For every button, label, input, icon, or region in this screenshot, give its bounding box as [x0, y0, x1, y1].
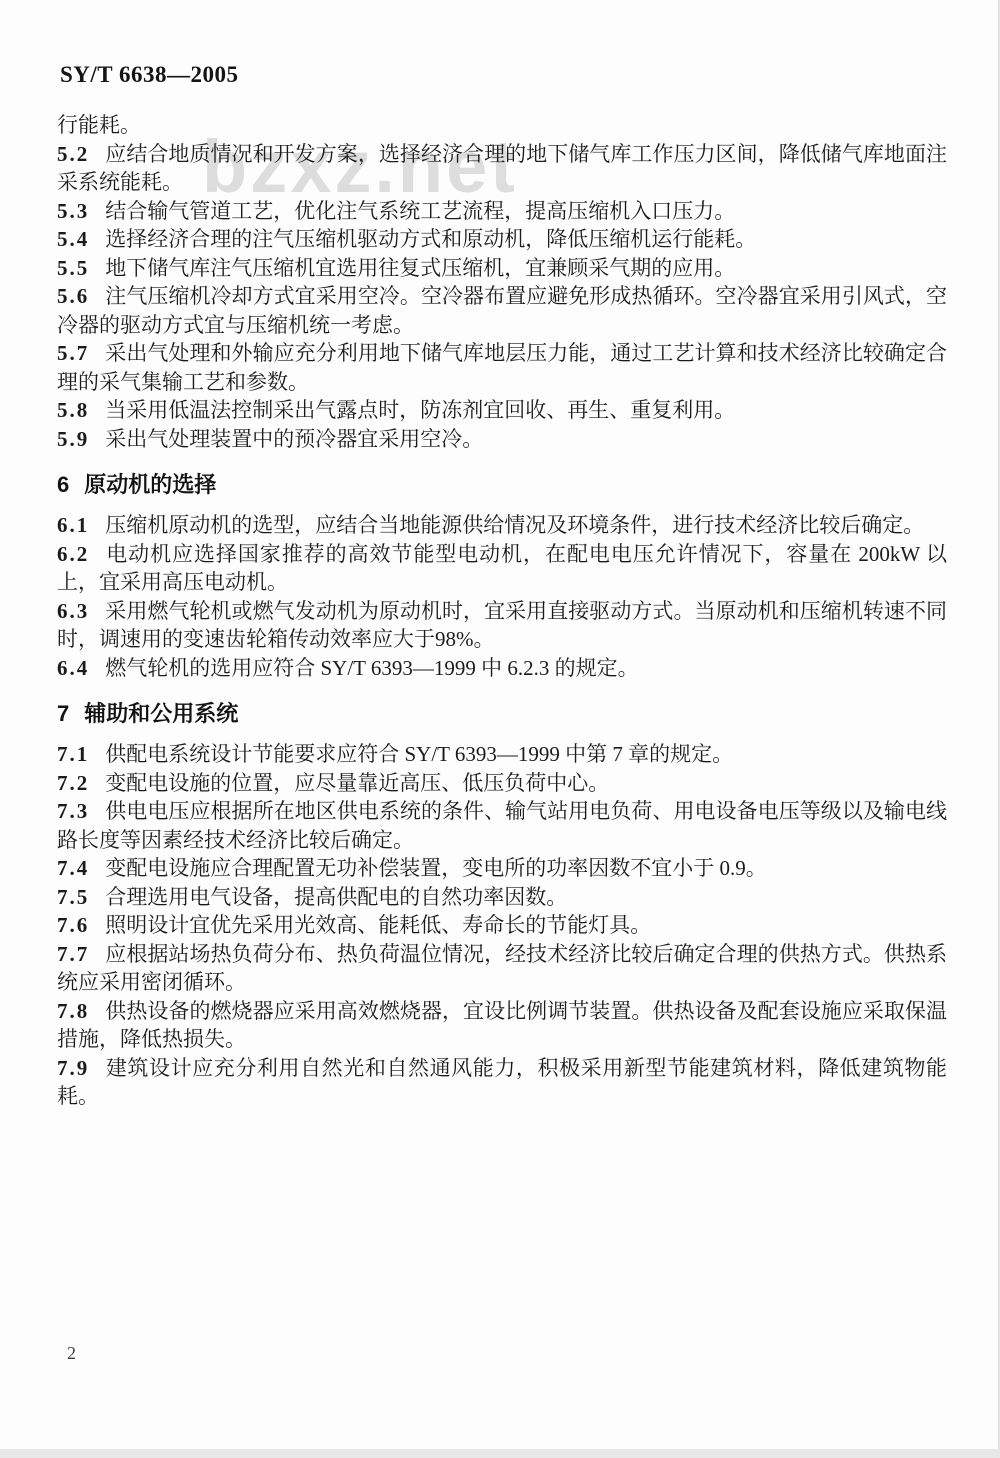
clause-text: 压缩机原动机的选型，应结合当地能源供给情况及环境条件，进行技术经济比较后确定。	[105, 513, 924, 537]
clause-text: 供配电系统设计节能要求应符合 SY/T 6393—1999 中第 7 章的规定。	[105, 742, 733, 766]
clause-number: 7.6	[57, 913, 89, 937]
page-number: 2	[67, 1343, 76, 1364]
clause-number: 5.7	[57, 341, 89, 365]
clause-number: 5.4	[57, 227, 89, 251]
clause-text: 当采用低温法控制采出气露点时，防冻剂宜回收、再生、重复利用。	[105, 398, 735, 422]
clause-text: 供电电压应根据所在地区供电系统的条件、输气站用电负荷、用电设备电压等级以及输电线…	[57, 799, 947, 852]
clause-number: 5.9	[57, 427, 89, 451]
standard-number-header: SY/T 6638—2005	[60, 62, 238, 88]
scan-edge-bottom	[0, 1449, 1000, 1458]
clause-paragraph: 5.6注气压缩机冷却方式宜采用空冷。空冷器布置应避免形成热循环。空冷器宜采用引风…	[57, 282, 947, 339]
clause-paragraph: 行能耗。	[57, 111, 947, 140]
clause-text: 变配电设施应合理配置无功补偿装置，变电所的功率因数不宜小于 0.9。	[105, 856, 767, 880]
clause-paragraph: 5.9采出气处理装置中的预冷器宜采用空冷。	[57, 425, 947, 454]
clause-number: 6.1	[57, 513, 89, 537]
clause-number: 6.4	[57, 656, 89, 680]
clause-number: 7.2	[57, 771, 89, 795]
clause-text: 选择经济合理的注气压缩机驱动方式和原动机，降低压缩机运行能耗。	[105, 227, 756, 251]
clause-paragraph: 5.3结合输气管道工艺，优化注气系统工艺流程，提高压缩机入口压力。	[57, 197, 947, 226]
clause-paragraph: 7.5合理选用电气设备，提高供配电的自然功率因数。	[57, 883, 947, 912]
clause-number: 5.6	[57, 284, 89, 308]
clause-paragraph: 7.4变配电设施应合理配置无功补偿装置，变电所的功率因数不宜小于 0.9。	[57, 854, 947, 883]
clause-text: 采出气处理和外输应充分利用地下储气库地层压力能，通过工艺计算和技术经济比较确定合…	[57, 341, 947, 394]
clause-text: 电动机应选择国家推荐的高效节能型电动机，在配电电压允许情况下，容量在 200kW…	[57, 542, 947, 595]
clause-paragraph: 7.6照明设计宜优先采用光效高、能耗低、寿命长的节能灯具。	[57, 911, 947, 940]
clause-text: 采出气处理装置中的预冷器宜采用空冷。	[105, 427, 483, 451]
section-heading: 7辅助和公用系统	[57, 699, 947, 728]
document-body: 行能耗。5.2应结合地质情况和开发方案，选择经济合理的地下储气库工作压力区间，降…	[57, 111, 947, 1111]
clause-paragraph: 7.1供配电系统设计节能要求应符合 SY/T 6393—1999 中第 7 章的…	[57, 740, 947, 769]
clause-text: 结合输气管道工艺，优化注气系统工艺流程，提高压缩机入口压力。	[105, 199, 735, 223]
clause-paragraph: 5.8当采用低温法控制采出气露点时，防冻剂宜回收、再生、重复利用。	[57, 396, 947, 425]
clause-paragraph: 7.9建筑设计应充分利用自然光和自然通风能力，积极采用新型节能建筑材料，降低建筑…	[57, 1054, 947, 1111]
clause-paragraph: 5.2应结合地质情况和开发方案，选择经济合理的地下储气库工作压力区间，降低储气库…	[57, 140, 947, 197]
clause-text: 供热设备的燃烧器应采用高效燃烧器，宜设比例调节装置。供热设备及配套设施应采取保温…	[57, 999, 947, 1052]
clause-text: 地下储气库注气压缩机宜选用往复式压缩机，宜兼顾采气期的应用。	[105, 256, 735, 280]
clause-text: 应结合地质情况和开发方案，选择经济合理的地下储气库工作压力区间，降低储气库地面注…	[57, 142, 947, 195]
clause-number: 7.3	[57, 799, 89, 823]
clause-paragraph: 5.4选择经济合理的注气压缩机驱动方式和原动机，降低压缩机运行能耗。	[57, 225, 947, 254]
clause-paragraph: 6.1压缩机原动机的选型，应结合当地能源供给情况及环境条件，进行技术经济比较后确…	[57, 511, 947, 540]
section-number: 7	[57, 701, 69, 726]
clause-number: 5.2	[57, 142, 89, 166]
clause-number: 7.5	[57, 885, 89, 909]
clause-number: 5.8	[57, 398, 89, 422]
clause-number: 6.2	[57, 542, 89, 566]
clause-text: 采用燃气轮机或燃气发动机为原动机时，宜采用直接驱动方式。当原动机和压缩机转速不同…	[57, 599, 947, 652]
clause-number: 5.3	[57, 199, 89, 223]
clause-text: 变配电设施的位置，应尽量靠近高压、低压负荷中心。	[105, 771, 609, 795]
clause-number: 5.5	[57, 256, 89, 280]
section-title: 辅助和公用系统	[84, 701, 238, 726]
clause-number: 7.9	[57, 1056, 89, 1080]
clause-paragraph: 7.7应根据站场热负荷分布、热负荷温位情况，经技术经济比较后确定合理的供热方式。…	[57, 940, 947, 997]
clause-text: 合理选用电气设备，提高供配电的自然功率因数。	[105, 885, 567, 909]
clause-text: 注气压缩机冷却方式宜采用空冷。空冷器布置应避免形成热循环。空冷器宜采用引风式，空…	[57, 284, 947, 337]
clause-paragraph: 7.2变配电设施的位置，应尽量靠近高压、低压负荷中心。	[57, 769, 947, 798]
clause-number: 7.4	[57, 856, 89, 880]
clause-number: 7.8	[57, 999, 89, 1023]
clause-number: 7.7	[57, 942, 89, 966]
clause-text: 照明设计宜优先采用光效高、能耗低、寿命长的节能灯具。	[105, 913, 651, 937]
clause-text: 应根据站场热负荷分布、热负荷温位情况，经技术经济比较后确定合理的供热方式。供热系…	[57, 942, 947, 995]
section-number: 6	[57, 472, 69, 497]
clause-text: 建筑设计应充分利用自然光和自然通风能力，积极采用新型节能建筑材料，降低建筑物能耗…	[57, 1056, 947, 1109]
clause-paragraph: 5.5地下储气库注气压缩机宜选用往复式压缩机，宜兼顾采气期的应用。	[57, 254, 947, 283]
document-page: SY/T 6638—2005 bzxz.net 行能耗。5.2应结合地质情况和开…	[0, 0, 1000, 1458]
clause-paragraph: 6.2电动机应选择国家推荐的高效节能型电动机，在配电电压允许情况下，容量在 20…	[57, 540, 947, 597]
section-title: 原动机的选择	[84, 472, 216, 497]
clause-text: 行能耗。	[57, 113, 141, 137]
clause-text: 燃气轮机的选用应符合 SY/T 6393—1999 中 6.2.3 的规定。	[105, 656, 638, 680]
clause-number: 7.1	[57, 742, 89, 766]
section-heading: 6原动机的选择	[57, 470, 947, 499]
clause-paragraph: 7.8供热设备的燃烧器应采用高效燃烧器，宜设比例调节装置。供热设备及配套设施应采…	[57, 997, 947, 1054]
clause-paragraph: 6.3采用燃气轮机或燃气发动机为原动机时，宜采用直接驱动方式。当原动机和压缩机转…	[57, 597, 947, 654]
clause-paragraph: 7.3供电电压应根据所在地区供电系统的条件、输气站用电负荷、用电设备电压等级以及…	[57, 797, 947, 854]
clause-paragraph: 5.7采出气处理和外输应充分利用地下储气库地层压力能，通过工艺计算和技术经济比较…	[57, 339, 947, 396]
clause-number: 6.3	[57, 599, 89, 623]
clause-paragraph: 6.4燃气轮机的选用应符合 SY/T 6393—1999 中 6.2.3 的规定…	[57, 654, 947, 683]
